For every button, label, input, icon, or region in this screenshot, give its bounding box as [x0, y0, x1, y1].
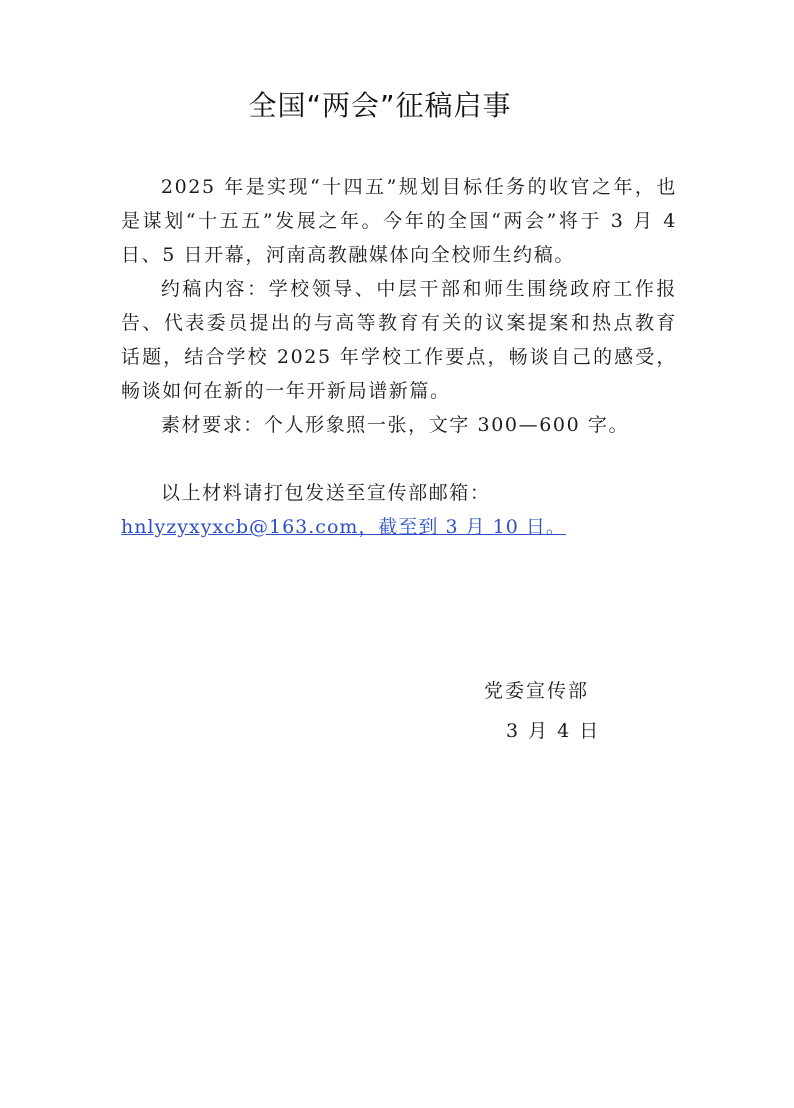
signature-date: 3 月 4 日 [484, 711, 600, 751]
document-body: 2025 年是实现“十四五”规划目标任务的收官之年，也是谋划“十五五”发展之年。… [121, 170, 677, 544]
paragraph-intro: 2025 年是实现“十四五”规划目标任务的收官之年，也是谋划“十五五”发展之年。… [121, 170, 677, 272]
blank-line [121, 442, 677, 476]
signature-block: 党委宣传部 3 月 4 日 [484, 671, 600, 751]
email-link[interactable]: hnlyzyxyxcb@163.com，截至到 3 月 10 日。 [121, 516, 566, 538]
submission-intro: 以上材料请打包发送至宣传部邮箱： [121, 476, 677, 510]
document-title: 全国“两会”征稿启事 [0, 84, 760, 124]
paragraph-content-requirements: 约稿内容：学校领导、中层干部和师生围绕政府工作报告、代表委员提出的与高等教育有关… [121, 272, 677, 408]
submission-line: hnlyzyxyxcb@163.com，截至到 3 月 10 日。 [121, 510, 677, 544]
document-page: 全国“两会”征稿启事 2025 年是实现“十四五”规划目标任务的收官之年，也是谋… [0, 0, 794, 1108]
signature-department: 党委宣传部 [484, 671, 600, 711]
paragraph-material-requirements: 素材要求：个人形象照一张，文字 300—600 字。 [121, 408, 677, 442]
